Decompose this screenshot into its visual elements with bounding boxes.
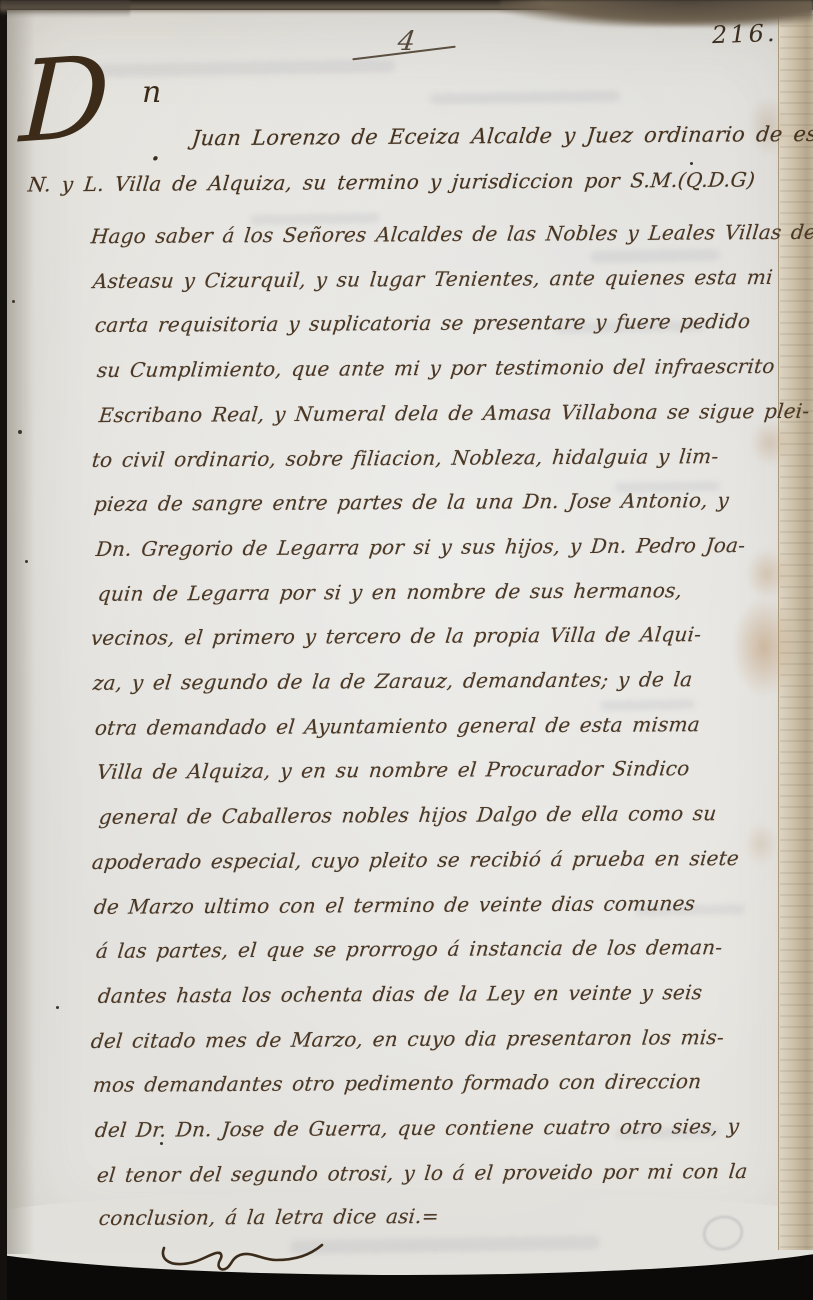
manuscript-line: otra demandado el Ayuntamiento general d… (94, 712, 701, 740)
foxing-stain (750, 420, 790, 466)
page-right-deckle-edge (778, 14, 813, 1250)
torn-top-left-corner (0, 0, 130, 18)
ink-speck (25, 560, 28, 563)
binding-shadow (0, 0, 7, 1300)
manuscript-line: Hago saber á los Señores Alcaldes de las… (90, 220, 813, 248)
manuscript-line: el tenor del segundo otrosi, y lo á el p… (96, 1159, 749, 1187)
manuscript-line: á las partes, el que se prorrogo á insta… (95, 935, 724, 963)
manuscript-line: dantes hasta los ochenta dias de la Ley … (97, 980, 704, 1008)
bleedthrough-smudge (590, 249, 720, 263)
ink-speck (12, 300, 15, 303)
manuscript-line: to civil ordinario, sobre filiacion, Nob… (91, 444, 720, 472)
bleedthrough-smudge (95, 59, 395, 77)
manuscript-line: carta requisitoria y suplicatoria se pre… (94, 309, 752, 337)
bleedthrough-smudge (430, 90, 620, 104)
drop-cap-superscript: n (142, 78, 161, 108)
foxing-stain (746, 548, 788, 600)
ink-speck (160, 1142, 163, 1145)
manuscript-line: general de Caballeros nobles hijos Dalgo… (98, 801, 718, 829)
manuscript-line: su Cumplimiento, que ante mi y por testi… (96, 354, 776, 382)
manuscript-line: del Dr. Dn. Jose de Guerra, que contiene… (94, 1114, 741, 1142)
manuscript-line: conclusion, á la letra dice asi.= (98, 1204, 440, 1230)
ink-speck (56, 1006, 59, 1009)
ink-speck (18, 430, 22, 434)
manuscript-photo: { "page": { "folio_number": "216.", "pag… (0, 0, 813, 1300)
foxing-stain (744, 822, 778, 866)
drop-cap-initial: D (18, 41, 112, 160)
manuscript-line: de Marzo ultimo con el termino de veinte… (93, 891, 697, 919)
drop-cap-period: . (150, 132, 161, 166)
ink-speck (690, 162, 693, 165)
manuscript-line: apoderado especial, cuyo pleito se recib… (91, 846, 740, 874)
bleedthrough-smudge (290, 1235, 600, 1254)
manuscript-line: mos demandantes otro pedimento formado c… (92, 1069, 703, 1097)
manuscript-line: Villa de Alquiza, y en su nombre el Proc… (96, 757, 691, 785)
page-edge-texture (780, 14, 813, 1250)
manuscript-line: del citado mes de Marzo, en cuyo dia pre… (90, 1025, 725, 1053)
manuscript-line: pieza de sangre entre partes de la una D… (93, 488, 730, 516)
manuscript-line: Escribano Real, y Numeral dela de Amasa … (98, 399, 811, 427)
manuscript-line: za, y el segundo de la de Zarauz, demand… (92, 667, 694, 695)
binding-gutter-shade (7, 10, 35, 1254)
bleedthrough-ring (700, 1212, 746, 1254)
heading-line: N. y L. Villa de Alquiza, su termino y j… (27, 167, 756, 196)
paper-bottom-edge (0, 1190, 813, 1275)
foxing-stain (733, 598, 795, 696)
folio-number: 216. (711, 21, 777, 47)
manuscript-line: vecinos, el primero y tercero de la prop… (90, 622, 703, 650)
manuscript-line: Asteasu y Cizurquil, y su lugar Teniente… (92, 265, 774, 293)
manuscript-line: quin de Legarra por si y en nombre de su… (97, 578, 684, 606)
bleedthrough-smudge (600, 699, 695, 711)
manuscript-line: Dn. Gregorio de Legarra por si y sus hij… (95, 533, 747, 561)
closing-flourish (158, 1238, 326, 1282)
heading-line: Juan Lorenzo de Eceiza Alcalde y Juez or… (191, 122, 813, 152)
torn-top-edge (0, 0, 813, 14)
